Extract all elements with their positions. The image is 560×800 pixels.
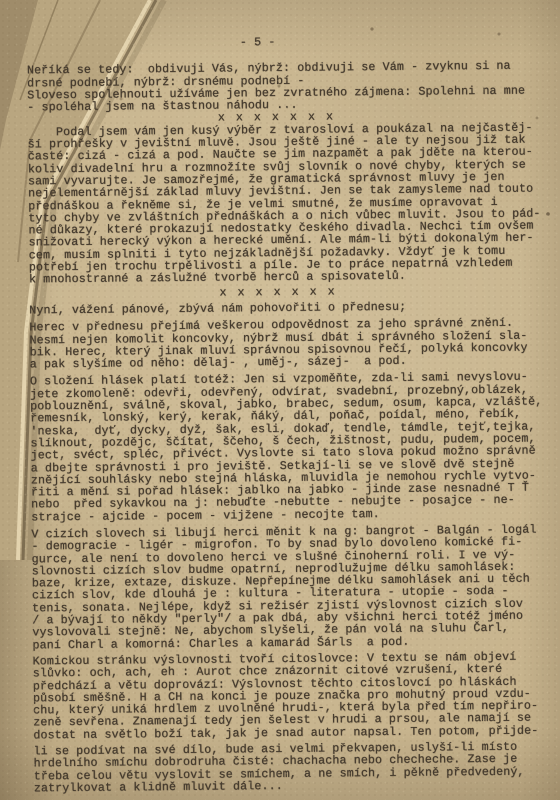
paragraph-delivery-responsibility: Herec v přednesu přejímá veškerou odpově… (29, 317, 551, 371)
book-page-photo: - 5 - Neříká se tedy: obdivuji Vás, nýbr… (0, 0, 560, 800)
paragraph-foreign-words: V cizích slovech si libují herci měnit k… (31, 523, 554, 651)
typewritten-page: - 5 - Neříká se tedy: obdivuji Vás, nýbr… (27, 33, 556, 794)
paragraph-transition-line: Nyní, vážení pánové, zbývá nám pohovořit… (29, 299, 551, 316)
paragraph-interjections: Komickou stránku výslovnosti tvoří citos… (33, 650, 556, 741)
paragraph-grammar-examples: Neříká se tedy: obdivuji Vás, nýbrž: obd… (27, 60, 549, 114)
paragraph-sound-composition: O složení hlásek platí totéž: Jen si vzp… (30, 371, 553, 524)
paragraph-morphology-summary: Podal jsem vám jen kusý výběr z tvaroslo… (27, 121, 551, 286)
page-number: - 5 - (0, 34, 519, 51)
paper-specks-decoration (0, 0, 2, 2)
paragraph-laughter: li se podívat na své dílo, bude asi velm… (33, 740, 555, 794)
